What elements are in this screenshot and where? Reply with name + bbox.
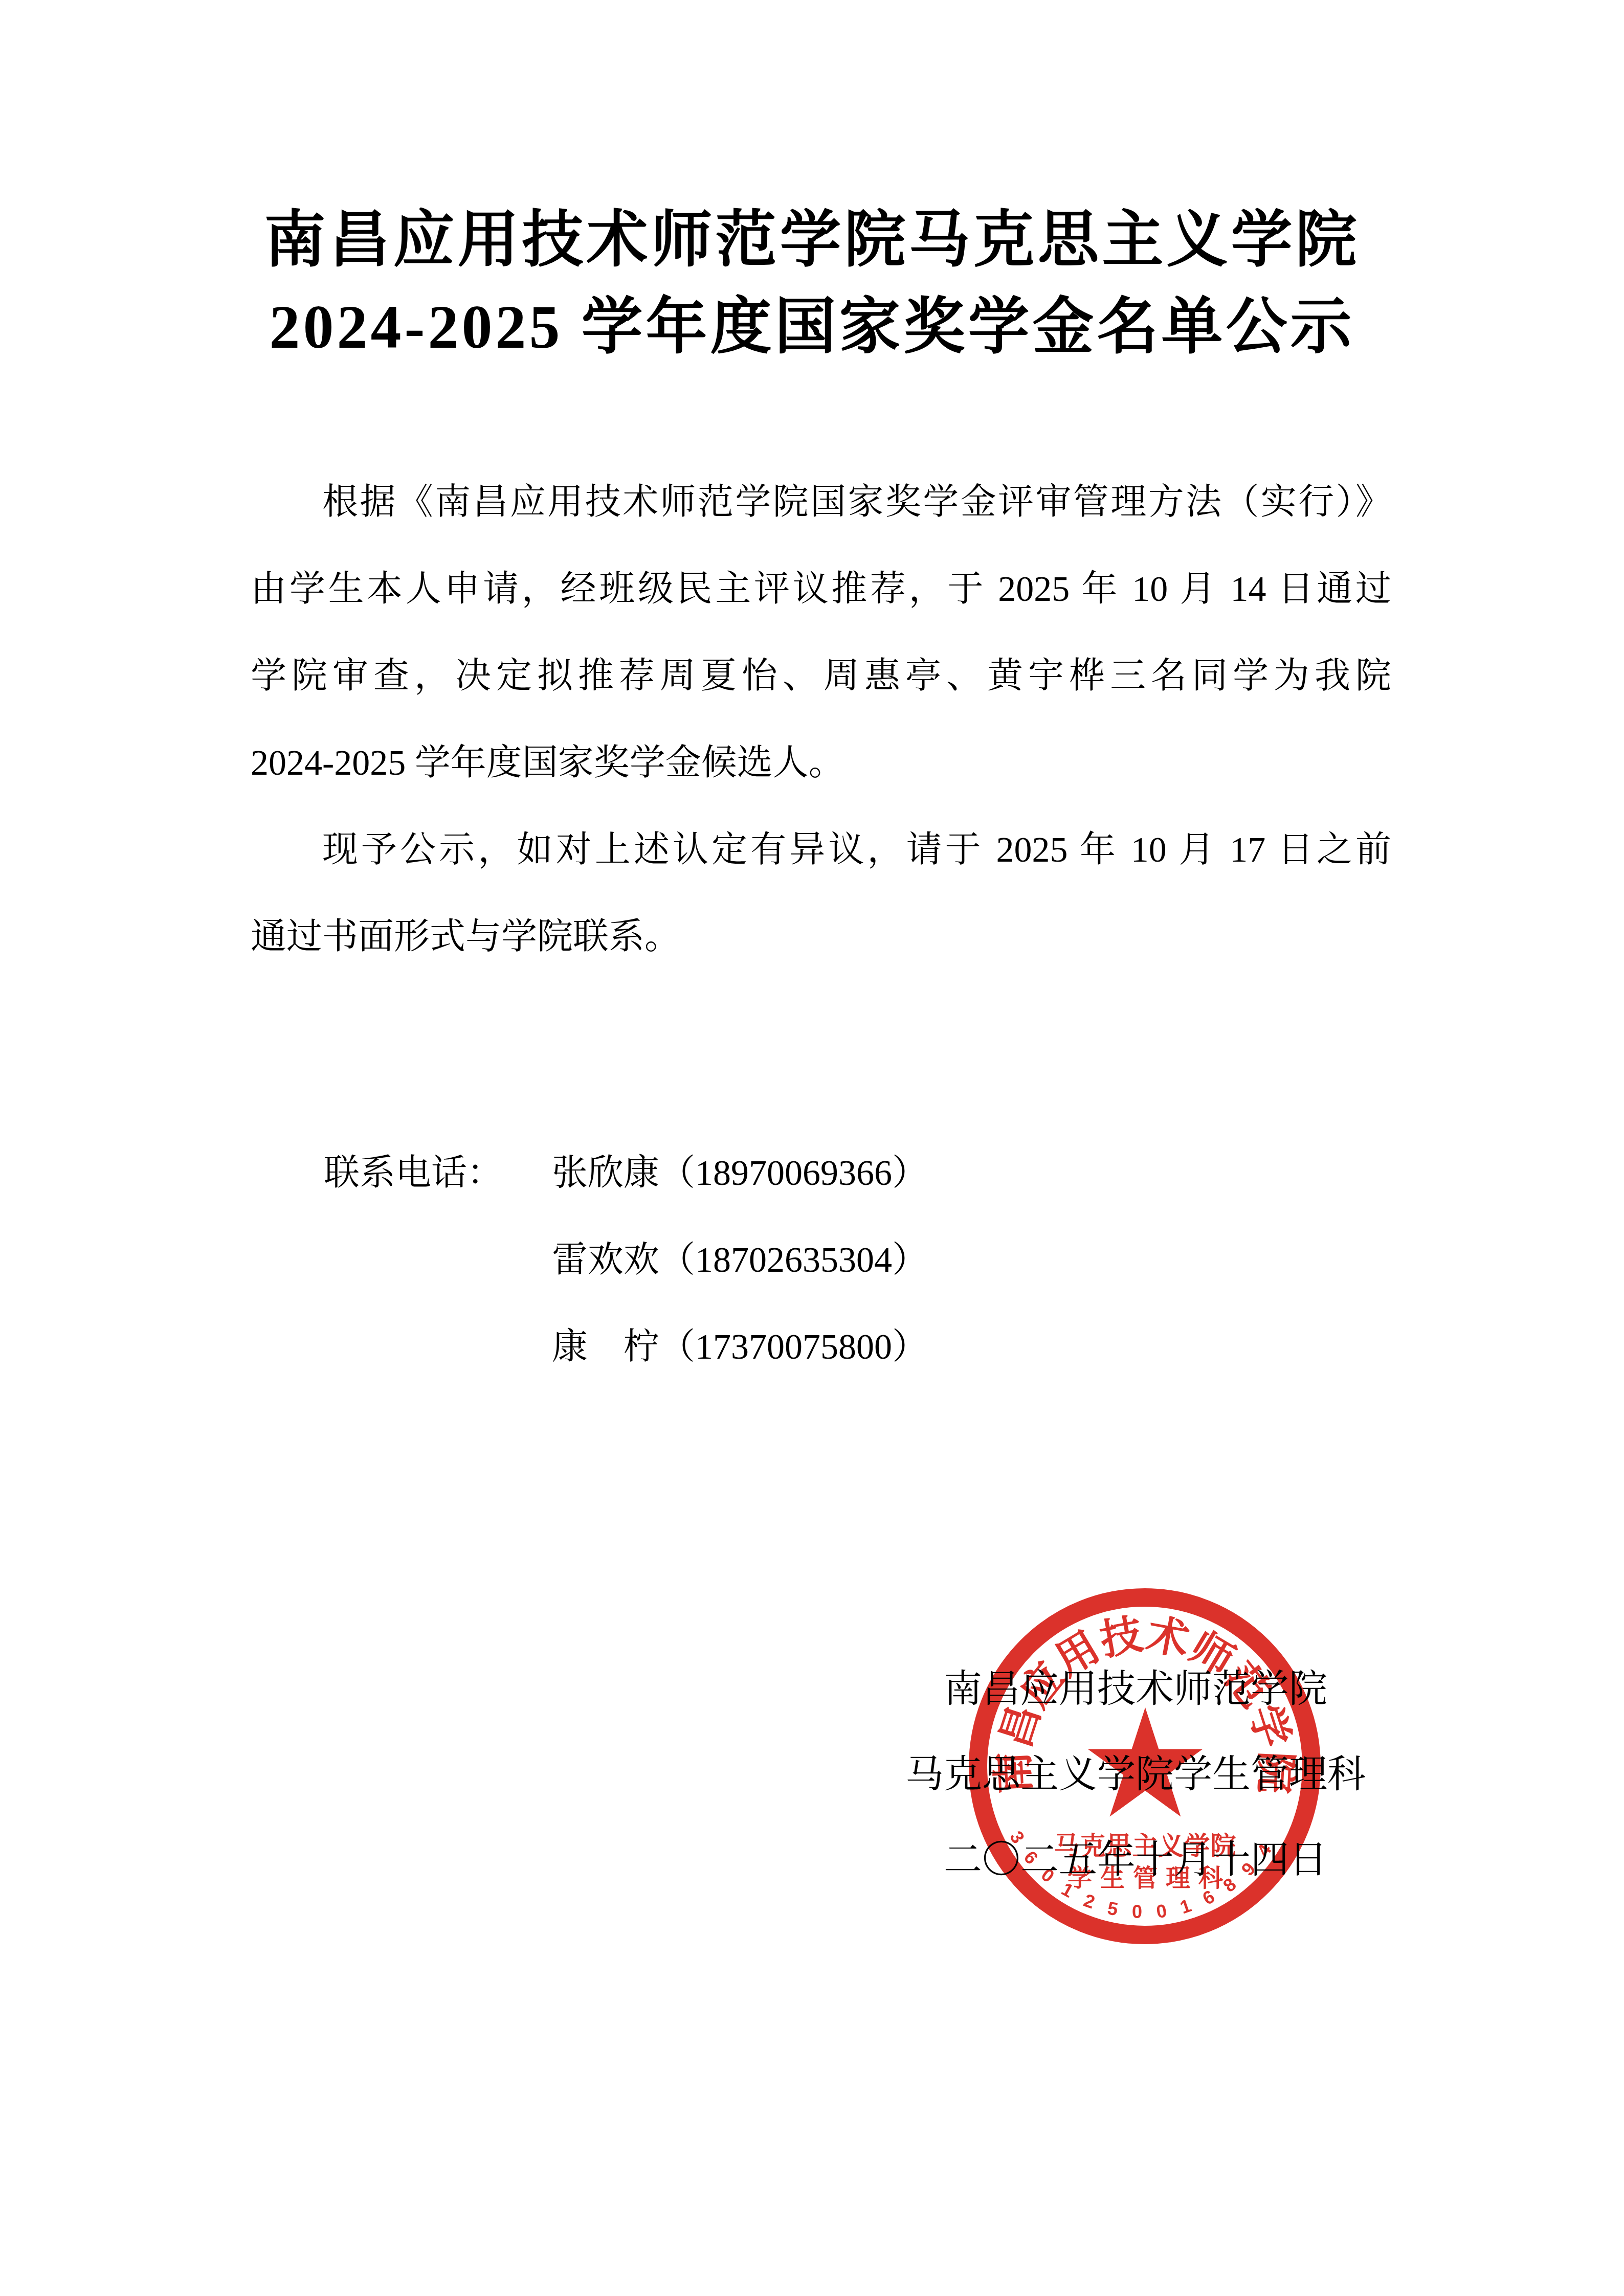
signature-org-line-1: 南昌应用技术师范学院	[864, 1647, 1407, 1732]
signature-org-line-2: 马克思主义学院学生管理科	[864, 1732, 1407, 1817]
title-line-1: 南昌应用技术师范学院马克思主义学院	[0, 197, 1624, 284]
body-line: 由学生本人申请，经班级民主评议推荐，于 2025 年 10 月 14 日通过	[251, 546, 1391, 633]
body-line: 根据《南昌应用技术师范学院国家奖学金评审管理方法（实行）》	[251, 459, 1391, 546]
document-body: 根据《南昌应用技术师范学院国家奖学金评审管理方法（实行）》 由学生本人申请，经班…	[251, 459, 1391, 981]
signature-section: 南昌应用技术师范学院 马克思主义学院学生管理科 二〇二五年十月十四日	[864, 1647, 1407, 1903]
document-page: 南昌应用技术师范学院马克思主义学院 2024-2025 学年度国家奖学金名单公示…	[0, 0, 1624, 2296]
title-line-2: 2024-2025 学年度国家奖学金名单公示	[0, 284, 1624, 371]
contact-entry: 张欣康（18970069366）	[552, 1154, 928, 1193]
body-line: 2024-2025 学年度国家奖学金候选人。	[251, 720, 1391, 807]
contact-section: 联系电话：张欣康（18970069366） 雷欢欢（18702635304） 康…	[324, 1130, 928, 1391]
body-line: 现予公示，如对上述认定有异议，请于 2025 年 10 月 17 日之前	[251, 807, 1391, 894]
contact-line: 联系电话：张欣康（18970069366）	[324, 1130, 928, 1217]
body-line: 学院审查，决定拟推荐周夏怡、周惠亭、黄宇桦三名同学为我院	[251, 633, 1391, 720]
contact-label: 联系电话：	[324, 1154, 503, 1193]
contact-line: 雷欢欢（18702635304）	[324, 1217, 928, 1304]
contact-line: 康 柠（17370075800）	[324, 1304, 928, 1391]
contact-entry: 雷欢欢（18702635304）	[552, 1241, 928, 1280]
document-title: 南昌应用技术师范学院马克思主义学院 2024-2025 学年度国家奖学金名单公示	[0, 197, 1624, 371]
body-line: 通过书面形式与学院联系。	[251, 894, 1391, 981]
signature-date: 二〇二五年十月十四日	[864, 1817, 1407, 1903]
contact-entry: 康 柠（17370075800）	[552, 1327, 928, 1367]
